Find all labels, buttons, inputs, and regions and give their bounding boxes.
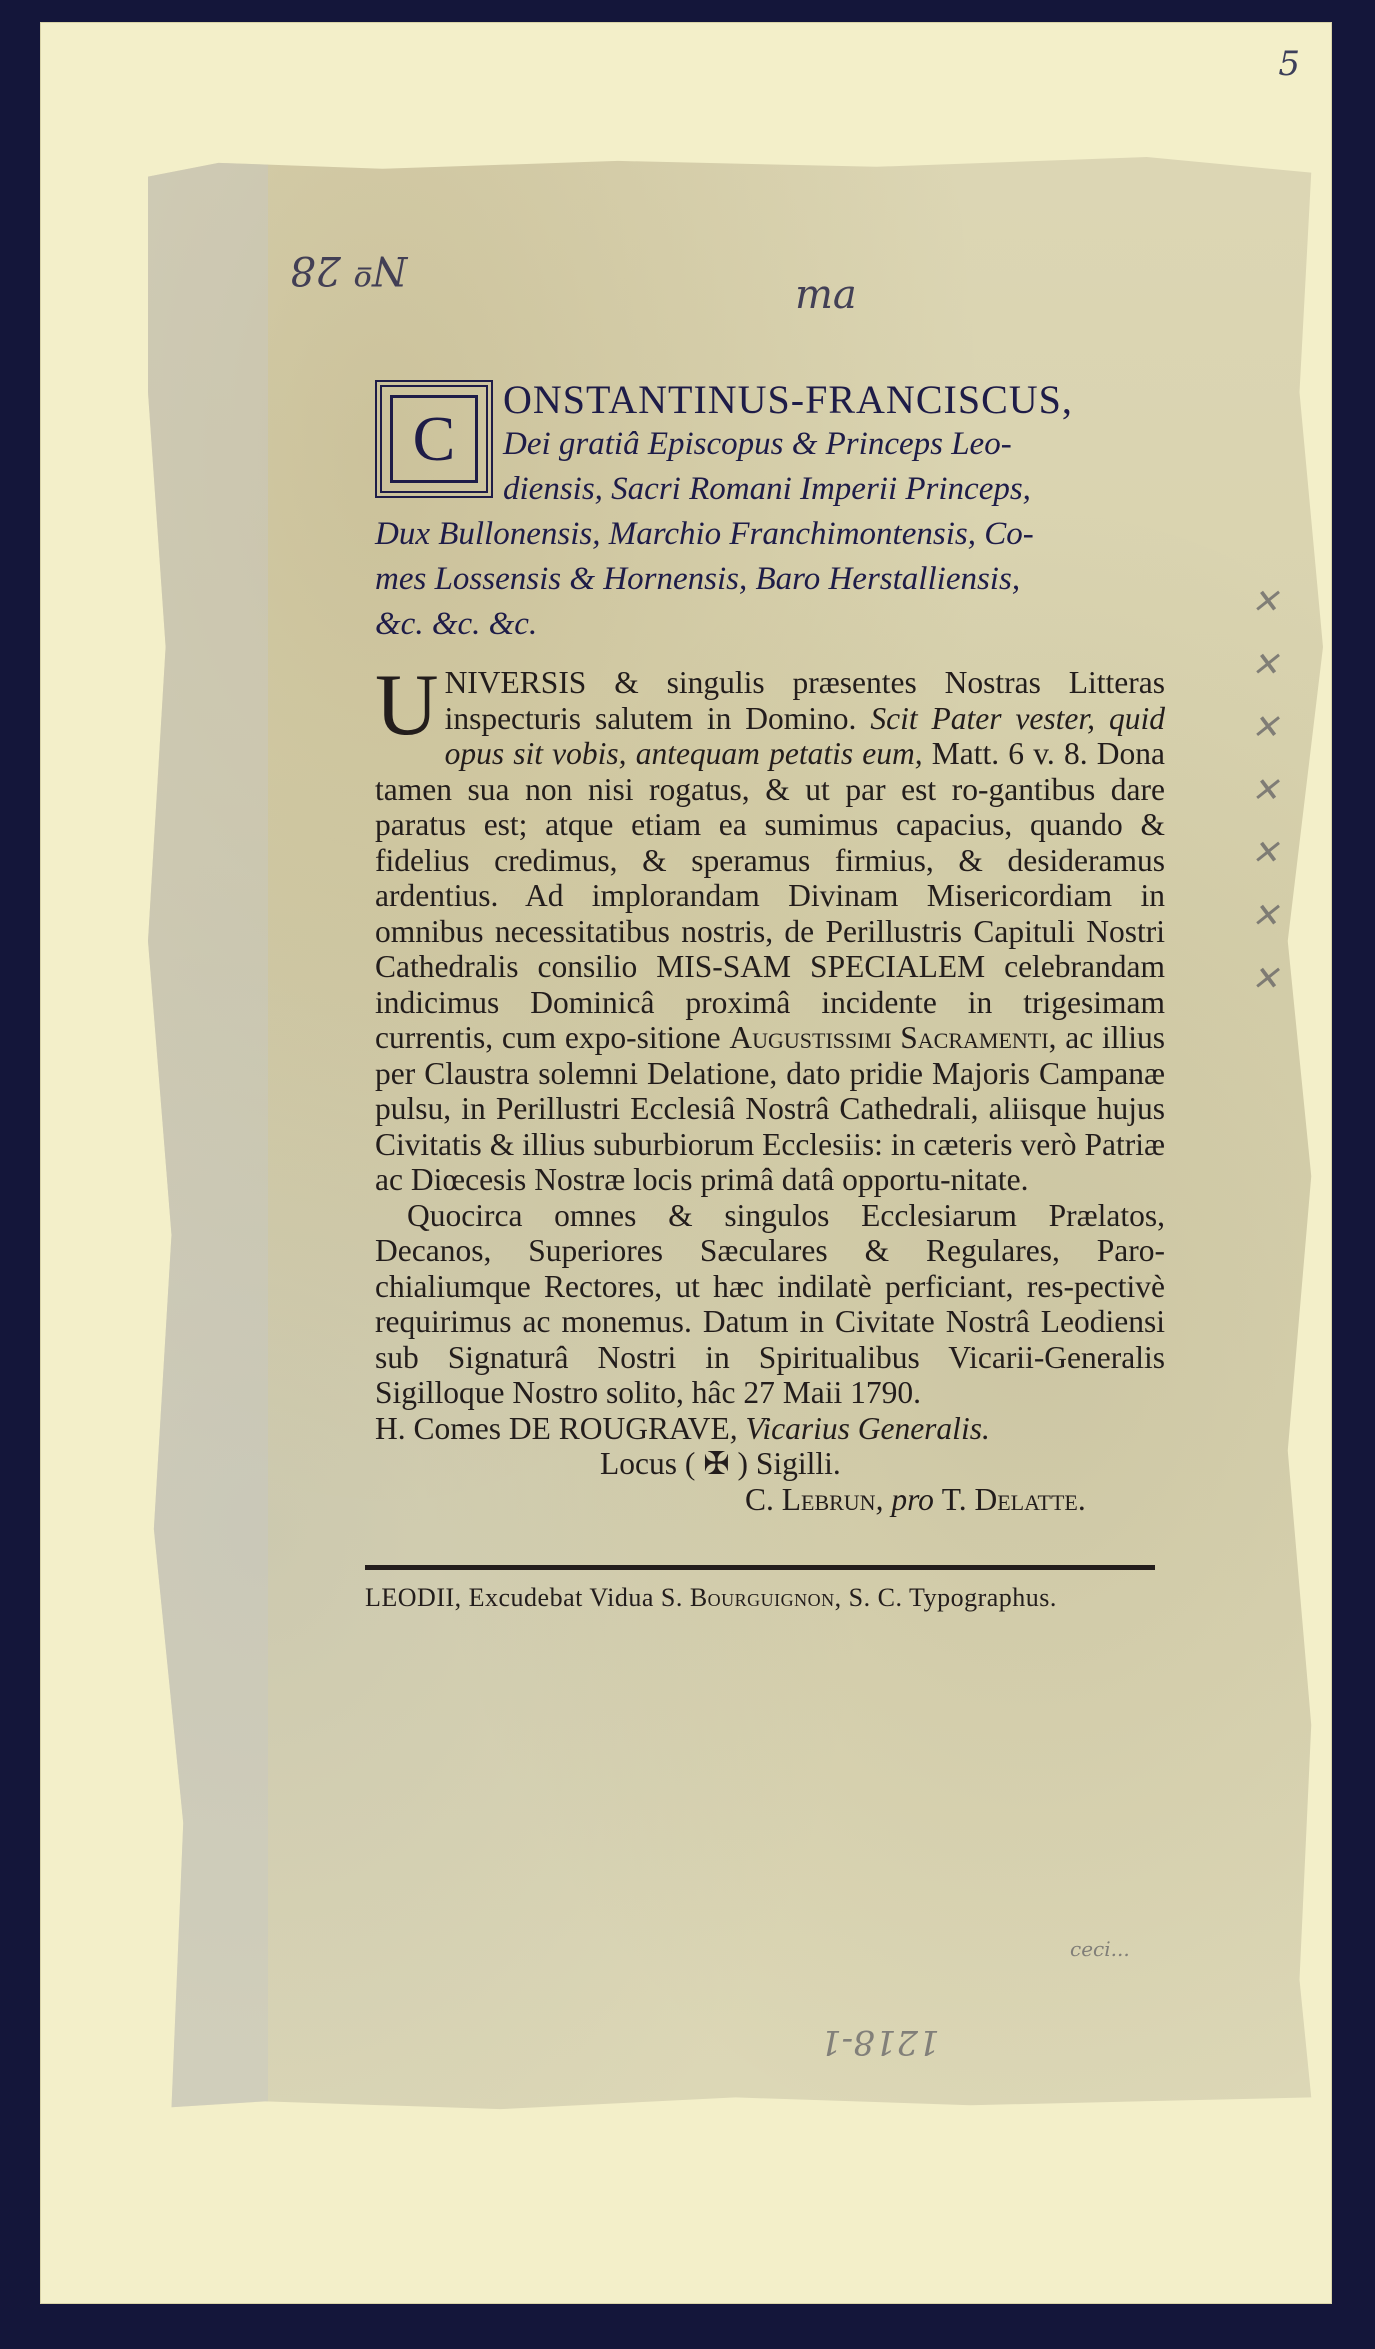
sacrament-phrase: Augustissimi Sacramenti [729,1020,1048,1055]
handwritten-inventory-number: 1218-1 [820,2022,940,2062]
printed-text: C ONSTANTINUS-FRANCISCUS, Dei gratiâ Epi… [375,378,1165,1616]
seal-line: Locus ( ✠ ) Sigilli. [375,1446,1165,1482]
folio-number: 5 [1278,44,1300,84]
handwritten-note-top: Nº 28 [290,247,407,293]
printer-name: Bourguignon [690,1583,835,1612]
bishop-name: ONSTANTINUS-FRANCISCUS, [375,378,1165,422]
title-line-4: mes Lossensis & Hornensis, Baro Herstall… [375,557,1165,602]
title-line-2: diensis, Sacri Romani Imperii Princeps, [375,467,1165,512]
vicar-signature: H. Comes DE ROUGRAVE, Vicarius Generalis… [375,1411,1165,1447]
heading-block: C ONSTANTINUS-FRANCISCUS, Dei gratiâ Epi… [375,378,1165,647]
handwritten-margin-right: ✕ ✕ ✕ ✕ ✕ ✕ ✕ [1245,582,1285,1005]
handwritten-note-superscript: ma [795,272,857,318]
paragraph-2: Quocirca omnes & singulos Ecclesiarum Pr… [375,1198,1165,1411]
title-line-3: Dux Bullonensis, Marchio Franchimontensi… [375,512,1165,557]
vicar-name: DE ROUGRAVE [509,1411,730,1446]
imprint-rule [365,1565,1155,1570]
printer-imprint: LEODII, Excudebat Vidua S. Bourguignon, … [365,1580,1165,1616]
handwritten-note-bottom-right: ceci... [1070,1937,1130,1961]
ornamental-dropcap: C [375,380,493,498]
paragraph-1: UNIVERSIS & singulis præsentes Nostras L… [375,665,1165,1198]
cross-seal-icon: ( ✠ ) [685,1446,748,1481]
title-line-1: Dei gratiâ Episcopus & Princeps Leo- [375,422,1165,467]
dropcap-u: U [375,671,439,741]
first-word: NIVERSIS [445,665,587,700]
paper-repair-strip [148,157,268,2117]
title-line-5: &c. &c. &c. [375,602,1165,647]
secretary-signature: C. Lebrun, pro T. Delatte. [375,1482,1165,1518]
